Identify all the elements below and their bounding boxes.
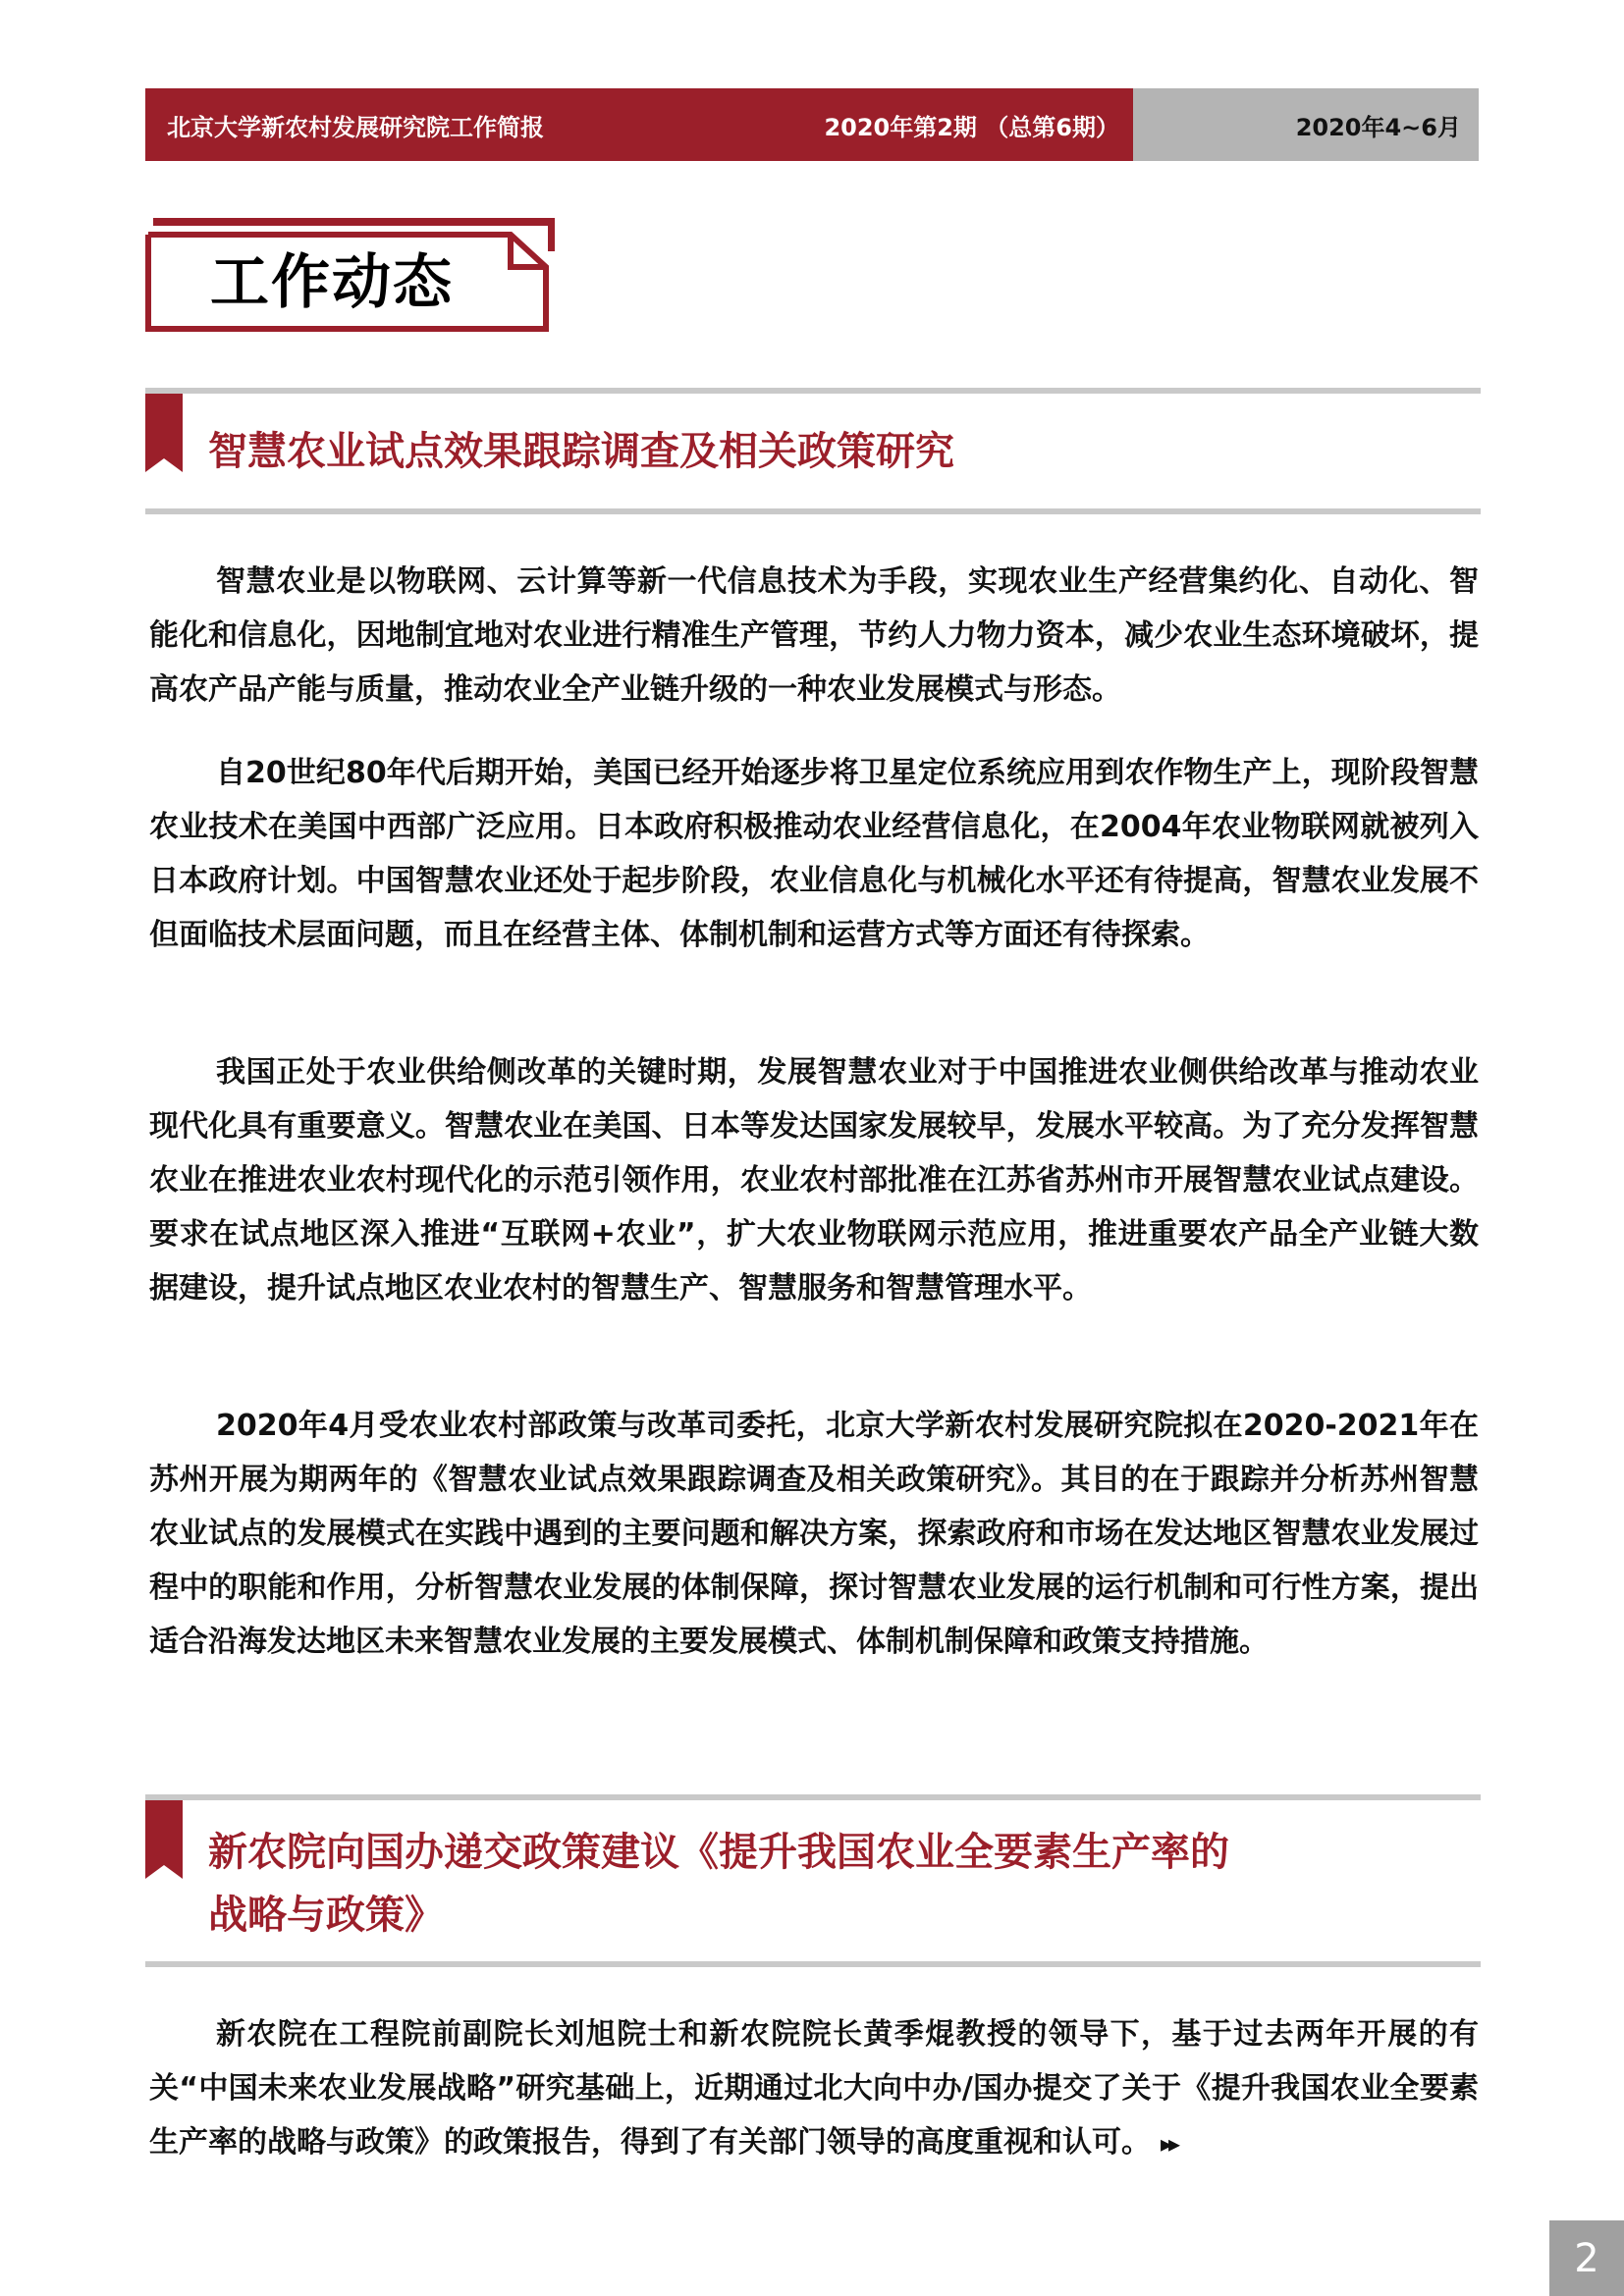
section-box-top-line	[153, 218, 555, 226]
header-period-band: 2020年4~6月	[1133, 88, 1479, 161]
article-body: 2020年4月受农业农村部政策与改革司委托，北京大学新农村发展研究院拟在2020…	[149, 1399, 1479, 1669]
article-heading: 新农院向国办递交政策建议《提升我国农业全要素生产率的 战略与政策》	[208, 1821, 1229, 1947]
divider	[145, 1961, 1481, 1967]
issue-period: 2020年4~6月	[1296, 108, 1461, 142]
paragraph: 我国正处于农业供给侧改革的关键时期，发展智慧农业对于中国推进农业侧供给改革与推动…	[149, 1045, 1479, 1315]
divider	[145, 388, 1481, 394]
article-body: 我国正处于农业供给侧改革的关键时期，发展智慧农业对于中国推进农业侧供给改革与推动…	[149, 1045, 1479, 1315]
paragraph-text: 新农院在工程院前副院长刘旭院士和新农院院长黄季焜教授的领导下，基于过去两年开展的…	[149, 2017, 1479, 2160]
article-heading: 智慧农业试点效果跟踪调查及相关政策研究	[208, 420, 954, 483]
divider	[145, 508, 1481, 514]
paragraph: 自20世纪80年代后期开始，美国已经开始逐步将卫星定位系统应用到农作物生产上，现…	[149, 746, 1479, 962]
article-body: 智慧农业是以物联网、云计算等新一代信息技术为手段，实现农业生产经营集约化、自动化…	[149, 555, 1479, 717]
page-number: 2	[1549, 2220, 1624, 2296]
paragraph: 2020年4月受农业农村部政策与改革司委托，北京大学新农村发展研究院拟在2020…	[149, 1399, 1479, 1669]
section-title-box: 工作动态	[145, 218, 552, 332]
continue-arrow-icon[interactable]: ▸▸	[1161, 2130, 1176, 2158]
paragraph: 新农院在工程院前副院长刘旭院士和新农院院长黄季焜教授的领导下，基于过去两年开展的…	[149, 2007, 1479, 2171]
bookmark-ribbon-icon	[145, 1800, 183, 1879]
article-body: 新农院在工程院前副院长刘旭院士和新农院院长黄季焜教授的领导下，基于过去两年开展的…	[149, 2007, 1479, 2171]
article-body: 自20世纪80年代后期开始，美国已经开始逐步将卫星定位系统应用到农作物生产上，现…	[149, 746, 1479, 962]
header-bar: 北京大学新农村发展研究院工作简报 2020年第2期 （总第6期） 2020年4~…	[145, 88, 1479, 161]
issue-number: 2020年第2期 （总第6期）	[824, 108, 1119, 142]
article-heading-line: 新农院向国办递交政策建议《提升我国农业全要素生产率的	[208, 1821, 1229, 1884]
divider	[145, 1794, 1481, 1800]
header-brand-band: 北京大学新农村发展研究院工作简报 2020年第2期 （总第6期）	[145, 88, 1133, 161]
paragraph: 智慧农业是以物联网、云计算等新一代信息技术为手段，实现农业生产经营集约化、自动化…	[149, 555, 1479, 717]
section-title: 工作动态	[210, 253, 454, 312]
bookmark-ribbon-icon	[145, 394, 183, 472]
publication-title: 北京大学新农村发展研究院工作简报	[167, 108, 544, 142]
article-heading-line: 战略与政策》	[208, 1884, 1229, 1947]
